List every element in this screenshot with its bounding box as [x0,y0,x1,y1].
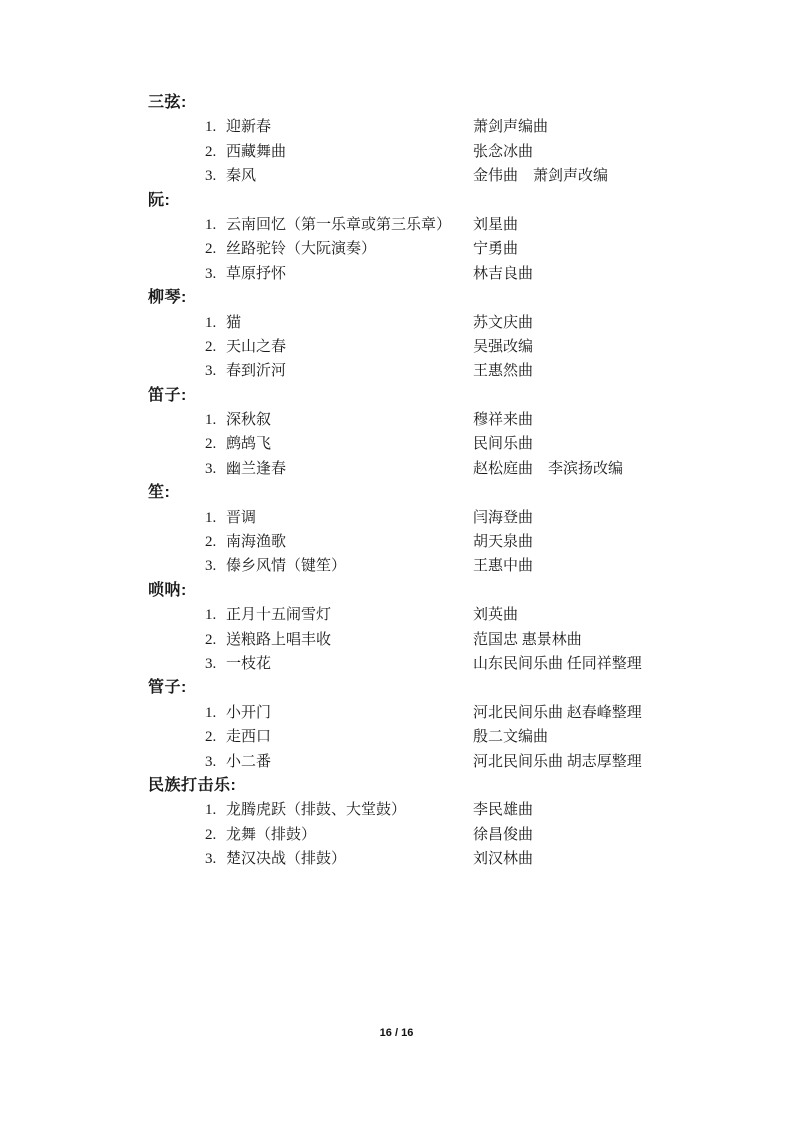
piece-number: 2. [205,335,226,359]
page-number: 16 / 16 [380,1027,414,1039]
piece-number: 1. [205,603,226,627]
piece-cell: 2.丝路驼铃（大阮演奏） [205,237,473,261]
composer-credit: 金伟曲 萧剑声改编 [473,164,608,188]
instrument-heading: 管子: [148,676,748,700]
piece-row: 3.春到沂河王惠然曲 [148,359,748,383]
composer-credit: 张念冰曲 [473,140,533,164]
piece-cell: 1.猫 [205,311,473,335]
piece-title: 天山之春 [226,339,286,355]
instrument-section: 三弦:1.迎新春萧剑声编曲2.西藏舞曲张念冰曲3.秦风金伟曲 萧剑声改编 [148,91,748,189]
composer-credit: 胡天泉曲 [473,530,533,554]
piece-row: 1.龙腾虎跃（排鼓、大堂鼓）李民雄曲 [148,798,748,822]
piece-cell: 3.楚汉决战（排鼓） [205,847,473,871]
composer-credit: 刘英曲 [473,603,518,627]
piece-row: 1.正月十五闹雪灯刘英曲 [148,603,748,627]
piece-cell: 3.春到沂河 [205,359,473,383]
piece-cell: 1.晋调 [205,506,473,530]
piece-number: 1. [205,701,226,725]
piece-cell: 2.送粮路上唱丰收 [205,628,473,652]
piece-row: 2.龙舞（排鼓）徐昌俊曲 [148,823,748,847]
piece-title: 春到沂河 [226,363,286,379]
piece-row: 1.小开门河北民间乐曲 赵春峰整理 [148,701,748,725]
composer-credit: 王惠然曲 [473,359,533,383]
composer-credit: 范国忠 惠景林曲 [473,628,582,652]
piece-row: 1.迎新春萧剑声编曲 [148,115,748,139]
instrument-section: 阮:1.云南回忆（第一乐章或第三乐章）刘星曲2.丝路驼铃（大阮演奏）宁勇曲3.草… [148,189,748,287]
instrument-heading: 唢呐: [148,579,748,603]
piece-number: 1. [205,408,226,432]
composer-credit: 宁勇曲 [473,237,518,261]
composer-credit: 苏文庆曲 [473,311,533,335]
piece-number: 1. [205,115,226,139]
piece-cell: 3.傣乡风情（键笙） [205,554,473,578]
piece-row: 3.秦风金伟曲 萧剑声改编 [148,164,748,188]
piece-cell: 3.草原抒怀 [205,262,473,286]
piece-number: 2. [205,432,226,456]
piece-number: 1. [205,311,226,335]
composer-credit: 萧剑声编曲 [473,115,548,139]
piece-cell: 2.西藏舞曲 [205,140,473,164]
piece-number: 1. [205,506,226,530]
piece-row: 3.幽兰逢春赵松庭曲 李滨扬改编 [148,457,748,481]
piece-row: 1.云南回忆（第一乐章或第三乐章）刘星曲 [148,213,748,237]
piece-number: 3. [205,457,226,481]
instrument-section: 管子:1.小开门河北民间乐曲 赵春峰整理2.走西口殷二文编曲3.小二番河北民间乐… [148,676,748,774]
piece-number: 2. [205,237,226,261]
piece-title: 送粮路上唱丰收 [226,632,331,648]
piece-cell: 1.龙腾虎跃（排鼓、大堂鼓） [205,798,473,822]
instrument-section: 唢呐:1.正月十五闹雪灯刘英曲2.送粮路上唱丰收范国忠 惠景林曲3.一枝花山东民… [148,579,748,677]
piece-cell: 1.迎新春 [205,115,473,139]
piece-row: 3.楚汉决战（排鼓）刘汉林曲 [148,847,748,871]
instrument-heading: 三弦: [148,91,748,115]
piece-number: 1. [205,213,226,237]
composer-credit: 李民雄曲 [473,798,533,822]
piece-row: 2.南海渔歌胡天泉曲 [148,530,748,554]
piece-cell: 3.幽兰逢春 [205,457,473,481]
composer-credit: 刘汉林曲 [473,847,533,871]
instrument-heading: 笙: [148,481,748,505]
piece-title: 一枝花 [226,656,271,672]
piece-title: 小开门 [226,705,271,721]
piece-row: 1.晋调闫海登曲 [148,506,748,530]
piece-row: 2.天山之春吴强改编 [148,335,748,359]
piece-cell: 1.云南回忆（第一乐章或第三乐章） [205,213,473,237]
composer-credit: 殷二文编曲 [473,725,548,749]
piece-title: 楚汉决战（排鼓） [226,851,346,867]
composer-credit: 闫海登曲 [473,506,533,530]
piece-title: 正月十五闹雪灯 [226,607,331,623]
composer-credit: 河北民间乐曲 赵春峰整理 [473,701,642,725]
composer-credit: 王惠中曲 [473,554,533,578]
piece-number: 3. [205,652,226,676]
instrument-section: 笙:1.晋调闫海登曲2.南海渔歌胡天泉曲3.傣乡风情（键笙）王惠中曲 [148,481,748,579]
piece-number: 3. [205,554,226,578]
piece-cell: 2.南海渔歌 [205,530,473,554]
composer-credit: 徐昌俊曲 [473,823,533,847]
piece-cell: 3.秦风 [205,164,473,188]
piece-row: 3.小二番河北民间乐曲 胡志厚整理 [148,750,748,774]
piece-row: 2.丝路驼铃（大阮演奏）宁勇曲 [148,237,748,261]
piece-number: 2. [205,725,226,749]
composer-credit: 赵松庭曲 李滨扬改编 [473,457,623,481]
piece-number: 3. [205,750,226,774]
piece-title: 龙腾虎跃（排鼓、大堂鼓） [226,802,406,818]
piece-row: 2.鹧鸪飞民间乐曲 [148,432,748,456]
instrument-section: 笛子:1.深秋叙穆祥来曲2.鹧鸪飞民间乐曲3.幽兰逢春赵松庭曲 李滨扬改编 [148,384,748,482]
page-footer: 16 / 16 [0,1023,793,1041]
piece-number: 3. [205,359,226,383]
instrument-heading: 柳琴: [148,286,748,310]
composer-credit: 穆祥来曲 [473,408,533,432]
piece-number: 2. [205,823,226,847]
piece-number: 3. [205,262,226,286]
instrument-section: 柳琴:1.猫苏文庆曲2.天山之春吴强改编3.春到沂河王惠然曲 [148,286,748,384]
piece-cell: 2.天山之春 [205,335,473,359]
piece-cell: 3.小二番 [205,750,473,774]
piece-row: 3.一枝花山东民间乐曲 任同祥整理 [148,652,748,676]
piece-row: 2.西藏舞曲张念冰曲 [148,140,748,164]
piece-number: 1. [205,798,226,822]
piece-number: 2. [205,628,226,652]
piece-number: 3. [205,847,226,871]
piece-title: 迎新春 [226,119,271,135]
instrument-section: 民族打击乐:1.龙腾虎跃（排鼓、大堂鼓）李民雄曲2.龙舞（排鼓）徐昌俊曲3.楚汉… [148,774,748,872]
piece-row: 3.草原抒怀林吉良曲 [148,262,748,286]
piece-title: 幽兰逢春 [226,461,286,477]
piece-title: 深秋叙 [226,412,271,428]
composer-credit: 河北民间乐曲 胡志厚整理 [473,750,642,774]
piece-title: 西藏舞曲 [226,144,286,160]
piece-row: 2.走西口殷二文编曲 [148,725,748,749]
piece-cell: 1.深秋叙 [205,408,473,432]
piece-cell: 2.鹧鸪飞 [205,432,473,456]
piece-cell: 2.龙舞（排鼓） [205,823,473,847]
piece-title: 走西口 [226,729,271,745]
piece-title: 草原抒怀 [226,266,286,282]
composer-credit: 吴强改编 [473,335,533,359]
piece-row: 3.傣乡风情（键笙）王惠中曲 [148,554,748,578]
piece-cell: 3.一枝花 [205,652,473,676]
piece-row: 1.猫苏文庆曲 [148,311,748,335]
piece-title: 晋调 [226,510,256,526]
piece-number: 2. [205,140,226,164]
piece-number: 3. [205,164,226,188]
piece-row: 1.深秋叙穆祥来曲 [148,408,748,432]
piece-number: 2. [205,530,226,554]
piece-title: 丝路驼铃（大阮演奏） [226,241,376,257]
piece-title: 傣乡风情（键笙） [226,558,346,574]
composer-credit: 林吉良曲 [473,262,533,286]
piece-cell: 2.走西口 [205,725,473,749]
composer-credit: 民间乐曲 [473,432,533,456]
piece-title: 小二番 [226,754,271,770]
repertoire-list: 三弦:1.迎新春萧剑声编曲2.西藏舞曲张念冰曲3.秦风金伟曲 萧剑声改编阮:1.… [148,91,748,872]
composer-credit: 刘星曲 [473,213,518,237]
piece-row: 2.送粮路上唱丰收范国忠 惠景林曲 [148,628,748,652]
instrument-heading: 阮: [148,189,748,213]
document-page: 三弦:1.迎新春萧剑声编曲2.西藏舞曲张念冰曲3.秦风金伟曲 萧剑声改编阮:1.… [0,0,793,1122]
piece-title: 南海渔歌 [226,534,286,550]
piece-title: 云南回忆（第一乐章或第三乐章） [226,217,451,233]
piece-title: 龙舞（排鼓） [226,827,316,843]
instrument-heading: 民族打击乐: [148,774,748,798]
piece-title: 秦风 [226,168,256,184]
composer-credit: 山东民间乐曲 任同祥整理 [473,652,642,676]
piece-cell: 1.小开门 [205,701,473,725]
piece-title: 猫 [226,315,241,331]
instrument-heading: 笛子: [148,384,748,408]
piece-cell: 1.正月十五闹雪灯 [205,603,473,627]
piece-title: 鹧鸪飞 [226,436,271,452]
